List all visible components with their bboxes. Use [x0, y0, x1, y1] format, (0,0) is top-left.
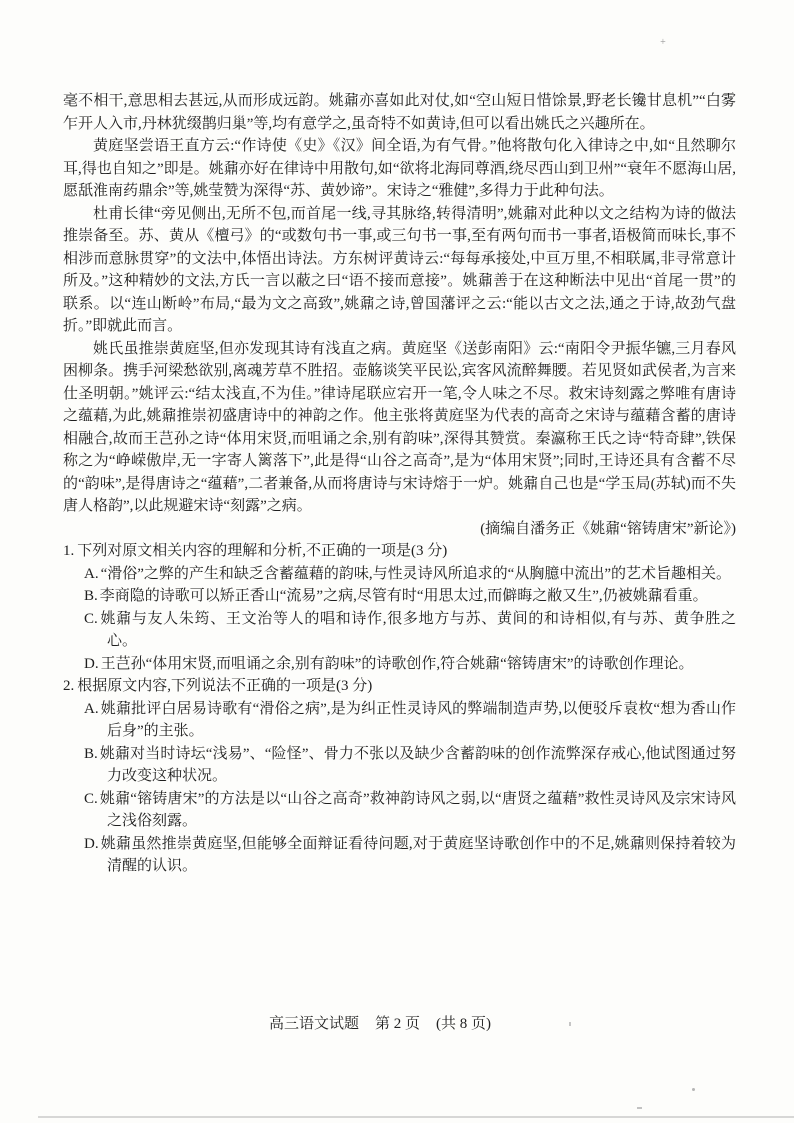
passage-attribution: (摘编自潘务正《姚鼐“镕铸唐宋”新论》) [63, 518, 736, 541]
question-2-option-a: A.姚鼐批评白居易诗歌有“滑俗之病”,是为纠正性灵诗风的弊端制造声势,以便驳斥袁… [63, 698, 736, 743]
option-label-b: B. [84, 588, 98, 604]
footer-page-number: 第 2 页 [375, 1012, 420, 1033]
passage-paragraph-3: 杜甫长律“旁见侧出,无所不包,而首尾一线,寻其脉络,转得清明”,姚鼐对此种以文之… [63, 203, 736, 338]
option-label-c: C. [84, 791, 98, 807]
option-label-d: D. [84, 656, 99, 672]
footer-exam-title: 高三语文试题 [269, 1012, 359, 1033]
question-2: 2.根据原文内容,下列说法不正确的一项是(3 分) A.姚鼐批评白居易诗歌有“滑… [63, 675, 736, 878]
option-label-c: C. [84, 611, 98, 627]
option-text-a: “滑俗”之弊的产生和缺乏含蓄蕴藉的韵味,与性灵诗风所追求的“从胸臆中流出”的艺术… [101, 566, 731, 582]
option-text-c: 姚鼐与友人朱筠、王文治等人的唱和诗作,很多地方与苏、黄间的和诗相似,有与苏、黄争… [100, 611, 736, 650]
passage-paragraph-2: 黄庭坚尝语王直方云:“作诗使《史》《汉》间全语,为有气骨。”他将散句化入律诗之中… [63, 135, 736, 203]
question-2-number: 2. [63, 675, 74, 698]
question-1-number: 1. [63, 540, 74, 563]
option-label-b: B. [84, 746, 98, 762]
option-text-d: 王芑孙“体用宋贤,而咀诵之余,别有韵味”的诗歌创作,符合姚鼐“镕铸唐宋”的诗歌创… [101, 656, 694, 672]
scan-speck [692, 1088, 695, 1091]
scan-speck [569, 1022, 571, 1026]
question-1-option-a: A.“滑俗”之弊的产生和缺乏含蓄蕴藉的韵味,与性灵诗风所追求的“从胸臆中流出”的… [63, 563, 736, 586]
question-1-option-c: C.姚鼐与友人朱筠、王文治等人的唱和诗作,很多地方与苏、黄间的和诗相似,有与苏、… [63, 608, 736, 653]
option-text-d: 姚鼐虽然推崇黄庭坚,但能够全面辩证看待问题,对于黄庭坚诗歌创作中的不足,姚鼐则保… [101, 836, 736, 875]
question-2-option-d: D.姚鼐虽然推崇黄庭坚,但能够全面辩证看待问题,对于黄庭坚诗歌创作中的不足,姚鼐… [63, 833, 736, 878]
registration-mark: + [657, 37, 669, 49]
option-text-a: 姚鼐批评白居易诗歌有“滑俗之病”,是为纠正性灵诗风的弊端制造声势,以便驳斥袁枚“… [101, 701, 736, 740]
question-1-option-b: B.李商隐的诗歌可以矫正香山“流易”之病,尽管有时“用思太过,而僻晦之敝又生”,… [63, 585, 736, 608]
option-text-c: 姚鼐“镕铸唐宋”的方法是以“山谷之高奇”救神韵诗风之弱,以“唐贤之蕴藉”救性灵诗… [100, 791, 736, 830]
option-text-b: 李商隐的诗歌可以矫正香山“流易”之病,尽管有时“用思太过,而僻晦之敝又生”,仍被… [100, 588, 708, 604]
option-label-d: D. [84, 836, 99, 852]
option-label-a: A. [84, 566, 99, 582]
question-2-stem: 2.根据原文内容,下列说法不正确的一项是(3 分) [63, 675, 736, 698]
passage-paragraph-1: 毫不相干,意思相去甚远,从而形成远韵。姚鼐亦喜如此对仗,如“空山短日惜馀景,野老… [63, 90, 736, 135]
exam-page: + 毫不相干,意思相去甚远,从而形成远韵。姚鼐亦喜如此对仗,如“空山短日惜馀景,… [0, 0, 794, 1123]
question-1-stem: 1.下列对原文相关内容的理解和分析,不正确的一项是(3 分) [63, 540, 736, 563]
footer-total-pages: (共 8 页) [436, 1012, 491, 1033]
question-1-option-d: D.王芑孙“体用宋贤,而咀诵之余,别有韵味”的诗歌创作,符合姚鼐“镕铸唐宋”的诗… [63, 653, 736, 676]
option-label-a: A. [84, 701, 99, 717]
scan-edge-artifact [38, 1116, 794, 1118]
page-footer: 高三语文试题第 2 页(共 8 页) [0, 1012, 760, 1033]
question-1-stem-text: 下列对原文相关内容的理解和分析,不正确的一项是(3 分) [77, 543, 447, 559]
question-2-stem-text: 根据原文内容,下列说法不正确的一项是(3 分) [77, 678, 372, 694]
question-1: 1.下列对原文相关内容的理解和分析,不正确的一项是(3 分) A.“滑俗”之弊的… [63, 540, 736, 675]
passage-and-questions: 毫不相干,意思相去甚远,从而形成远韵。姚鼐亦喜如此对仗,如“空山短日惜馀景,野老… [63, 90, 736, 878]
question-2-option-c: C.姚鼐“镕铸唐宋”的方法是以“山谷之高奇”救神韵诗风之弱,以“唐贤之蕴藉”救性… [63, 788, 736, 833]
option-text-b: 姚鼐对当时诗坛“浅易”、“险怪”、骨力不张以及缺少含蓄韵味的创作流弊深存戒心,他… [100, 746, 736, 785]
passage-paragraph-4: 姚氏虽推崇黄庭坚,但亦发现其诗有浅直之病。黄庭坚《送彭南阳》云:“南阳令尹振华镳… [63, 338, 736, 518]
question-2-option-b: B.姚鼐对当时诗坛“浅易”、“险怪”、骨力不张以及缺少含蓄韵味的创作流弊深存戒心… [63, 743, 736, 788]
scan-speck [637, 1107, 642, 1109]
